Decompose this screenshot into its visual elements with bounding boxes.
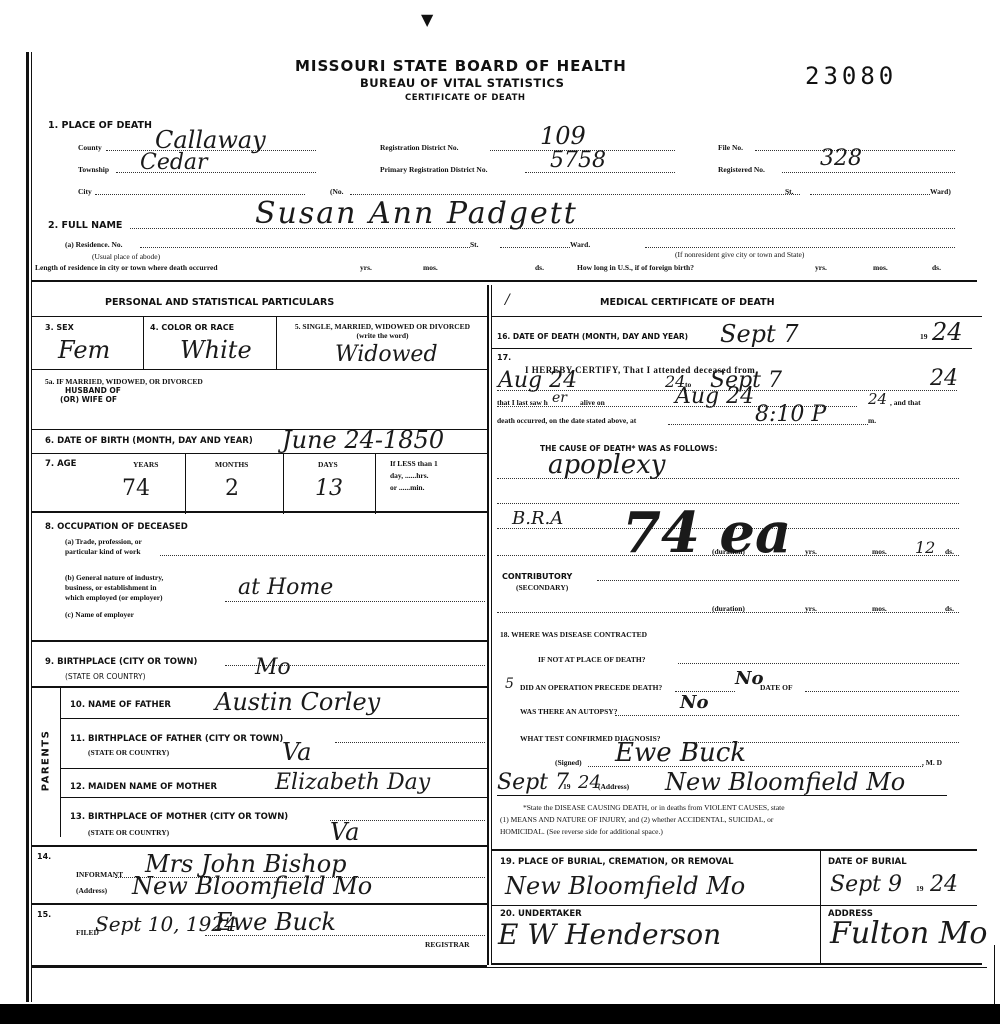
color-divider xyxy=(276,317,277,369)
township-label: Township xyxy=(78,165,109,174)
spouse-label-3: (OR) WIFE OF xyxy=(60,395,117,404)
months-label: MONTHS xyxy=(215,460,248,469)
last-saw-date: Aug 24 xyxy=(675,384,754,409)
burial-date-year: 24 xyxy=(930,872,958,897)
cause-extra: B.R.A xyxy=(512,508,563,529)
spouse-label-1: 5a. IF MARRIED, WIDOWED, OR DIVORCED xyxy=(45,377,203,386)
registered-no-line xyxy=(782,172,955,173)
signed-value: Ewe Buck xyxy=(615,738,746,768)
father-bp-label: 11. BIRTHPLACE OF FATHER (CITY OR TOWN) xyxy=(70,734,283,744)
spouse-label-2: HUSBAND OF xyxy=(65,386,121,395)
no-line xyxy=(350,194,800,195)
autopsy-label: WAS THERE AN AUTOPSY? xyxy=(520,707,617,716)
signed-label: (Signed) xyxy=(555,758,582,767)
duration-mos-2: mos. xyxy=(872,604,887,613)
nonresident-note: (If nonresident give city or town and St… xyxy=(675,250,804,259)
medical-mark: / xyxy=(505,292,510,308)
months-divider xyxy=(283,454,284,514)
contributory-label: CONTRIBUTORY xyxy=(502,572,572,581)
duration-ds-2: ds. xyxy=(945,604,954,613)
months-value: 2 xyxy=(225,476,239,501)
burial-date-label: DATE OF BURIAL xyxy=(828,857,907,867)
medical-title-rule xyxy=(492,316,982,317)
duration-ds-1: ds. xyxy=(945,547,954,556)
us-ds: ds. xyxy=(932,263,941,272)
occ-a-2: particular kind of work xyxy=(65,547,141,556)
burial-rule xyxy=(492,905,977,906)
date-death-year-prefix: 19 xyxy=(920,332,928,341)
date-of-label: DATE OF xyxy=(760,683,793,692)
birthplace-state-label: (STATE OR COUNTRY) xyxy=(65,672,146,681)
residence-st-label: St. xyxy=(470,240,479,249)
color-value: White xyxy=(180,336,252,364)
if-not-place-line xyxy=(678,663,959,664)
burial-year-prefix-text: 19 xyxy=(916,884,924,893)
less-than-day-2: day, ......hrs. xyxy=(390,471,429,480)
informant-address-value: New Bloomfield Mo xyxy=(132,872,372,900)
age-label: 7. AGE xyxy=(45,459,76,469)
date-of-line xyxy=(805,691,959,692)
father-value: Austin Corley xyxy=(215,688,380,716)
us-yrs: yrs. xyxy=(815,263,827,272)
father-bp-line xyxy=(335,742,485,743)
city-label: City xyxy=(78,187,92,196)
sign-year-prefix-text: 19 xyxy=(563,782,571,791)
no-label: (No. xyxy=(330,187,344,196)
contributory-line xyxy=(597,580,959,581)
right-edge xyxy=(994,945,995,1005)
how-long-us-label: How long in U.S., if of foreign birth? xyxy=(577,263,694,272)
residence-city-line xyxy=(645,247,955,248)
occ-b-2: business, or establishment in xyxy=(65,583,157,592)
full-name-value: Susan Ann Padgett xyxy=(255,196,578,231)
date-death-year: 24 xyxy=(932,318,963,346)
reg-district-value: 109 xyxy=(540,122,586,150)
operation-mark: 5 xyxy=(505,676,514,692)
dob-label-text: 6. DATE OF BIRTH (MONTH, DAY AND YEAR) xyxy=(45,436,253,446)
secondary-label: (SECONDARY) xyxy=(516,583,568,592)
father-bp-value: Va xyxy=(282,738,311,766)
occupation-rule xyxy=(32,640,487,642)
personal-title-rule xyxy=(32,316,487,317)
sign-date: Sept 7 xyxy=(497,770,569,795)
parents-side-label: PARENTS xyxy=(40,730,51,792)
operation-label: DID AN OPERATION PRECEDE DEATH? xyxy=(520,683,662,692)
sign-address-value: New Bloomfield Mo xyxy=(665,768,905,796)
mother-bp-label: 13. BIRTHPLACE OF MOTHER (CITY OR TOWN) xyxy=(70,812,288,822)
registrar-value: Ewe Buck xyxy=(215,908,336,936)
occ-b-3: which employed (or employer) xyxy=(65,593,163,602)
last-saw-year: 24 xyxy=(868,390,887,408)
top-marker-icon: ▼ xyxy=(421,12,433,28)
duration-days-value: 12 xyxy=(915,538,935,557)
mother-bp-value: Va xyxy=(330,818,359,846)
length-residence-label: Length of residence in city or town wher… xyxy=(35,263,218,272)
column-divider xyxy=(487,285,489,965)
left-border-inner xyxy=(31,52,32,1002)
burial-address-value: Fulton Mo xyxy=(830,916,988,951)
primary-reg-value: 5758 xyxy=(550,148,606,173)
undertaker-value: E W Henderson xyxy=(498,918,721,951)
top-section-divider xyxy=(32,280,977,282)
document-title: MISSOURI STATE BOARD OF HEALTH xyxy=(295,57,627,75)
burial-place-label: 19. PLACE OF BURIAL, CREMATION, OR REMOV… xyxy=(500,857,734,867)
marital-label: 5. SINGLE, MARRIED, WIDOWED OR DIVORCED … xyxy=(285,322,480,340)
occ-b-value: at Home xyxy=(238,575,333,600)
certify-num: 17. xyxy=(497,353,511,362)
residence-ward-line xyxy=(500,247,570,248)
less-than-day-1: If LESS than 1 xyxy=(390,459,438,468)
occ-a-line xyxy=(160,555,485,556)
burial-divider xyxy=(820,850,821,965)
filed-num: 15. xyxy=(37,910,51,919)
mother-value: Elizabeth Day xyxy=(275,770,430,795)
death-time: 8:10 P xyxy=(755,402,826,427)
if-not-place-label: IF NOT AT PLACE OF DEATH? xyxy=(538,655,645,664)
duration-yrs-2: yrs. xyxy=(805,604,817,613)
age-scrawl: 74 ea xyxy=(622,500,791,566)
dob-value: June 24-1850 xyxy=(282,426,444,454)
footnote-3: HOMICIDAL. (See reverse side for additio… xyxy=(500,827,663,836)
burial-place-value: New Bloomfield Mo xyxy=(505,872,745,900)
county-label: County xyxy=(78,143,102,152)
father-bp-state: (STATE OR COUNTRY) xyxy=(88,748,169,757)
sex-divider xyxy=(143,317,144,369)
color-label: 4. COLOR OR RACE xyxy=(150,323,234,332)
duration-mos-1: mos. xyxy=(872,547,887,556)
occupation-label: 8. OCCUPATION OF DECEASED xyxy=(45,522,188,532)
years-label: YEARS xyxy=(133,460,158,469)
mother-label: 12. MAIDEN NAME OF MOTHER xyxy=(70,782,217,792)
duration-label-1: (duration) xyxy=(712,547,745,556)
date-death-value: Sept 7 xyxy=(720,320,799,348)
informant-address-label: (Address) xyxy=(76,886,107,895)
birthplace-label: 9. BIRTHPLACE (CITY OR TOWN) xyxy=(45,657,197,667)
duration-label-2: (duration) xyxy=(712,604,745,613)
length-mos: mos. xyxy=(423,263,438,272)
last-saw-pronoun: er xyxy=(552,390,567,406)
length-ds: ds. xyxy=(535,263,544,272)
primary-reg-label: Primary Registration District No. xyxy=(380,165,487,174)
death-occurred-text: death occurred, on the date stated above… xyxy=(497,416,636,425)
length-yrs: yrs. xyxy=(360,263,372,272)
m-label: m. xyxy=(868,416,876,425)
left-border xyxy=(26,52,29,1002)
usual-abode-note: (Usual place of abode) xyxy=(92,252,160,261)
registrar-label: REGISTRAR xyxy=(425,940,470,949)
occ-a-1: (a) Trade, profession, or xyxy=(65,537,142,546)
us-mos: mos. xyxy=(873,263,888,272)
full-name-label: 2. FULL NAME xyxy=(48,220,122,231)
mother-rule xyxy=(61,797,487,798)
sex-value: Fem xyxy=(58,336,110,364)
st-label: St. xyxy=(785,187,794,196)
father-rule xyxy=(61,718,487,719)
certificate-number: 23080 xyxy=(805,62,897,90)
burial-date-value: Sept 9 xyxy=(830,872,902,897)
years-value: 74 xyxy=(122,476,150,501)
cause-value: apoplexy xyxy=(548,450,666,480)
ward-line xyxy=(810,194,930,195)
days-label: DAYS xyxy=(318,460,338,469)
parents-rule xyxy=(32,845,487,847)
age-rule xyxy=(32,511,487,513)
residence-line xyxy=(140,247,470,248)
signature-rule xyxy=(497,795,947,796)
sex-label: 3. SEX xyxy=(45,323,74,332)
date-death-rule xyxy=(492,348,972,349)
attended-to-year: 24 xyxy=(930,366,958,391)
medical-section-title: MEDICAL CERTIFICATE OF DEATH xyxy=(600,297,775,308)
father-bp-rule xyxy=(61,768,487,769)
medical-rule xyxy=(492,849,977,851)
row3-rule xyxy=(32,369,487,370)
duration-yrs-1: yrs. xyxy=(805,547,817,556)
parents-divider xyxy=(60,687,61,837)
marital-value: Widowed xyxy=(335,342,438,367)
mother-bp-state: (STATE OR COUNTRY) xyxy=(88,828,169,837)
reg-district-label: Registration District No. xyxy=(380,143,459,152)
father-label: 10. NAME OF FATHER xyxy=(70,700,171,710)
less-than-day-3: or ......min. xyxy=(390,483,424,492)
sign-year-prefix: 19 xyxy=(563,782,571,791)
document-type: CERTIFICATE OF DEATH xyxy=(405,93,526,103)
md-label: , M. D xyxy=(922,758,942,767)
footnote-2: (1) MEANS AND NATURE OF INJURY, and (2) … xyxy=(500,815,773,824)
township-value: Cedar xyxy=(140,150,208,175)
sign-address-label: (Address) xyxy=(598,782,629,791)
scan-bottom-bar xyxy=(0,1004,1000,1024)
column-divider-inner xyxy=(491,285,492,965)
city-line xyxy=(95,194,305,195)
informant-rule xyxy=(32,903,487,905)
file-no-label: File No. xyxy=(718,143,743,152)
bottom-inner-rule xyxy=(32,967,987,968)
footnote-1: *State the DISEASE CAUSING DEATH, or in … xyxy=(523,803,785,812)
place-of-death-label: 1. PLACE OF DEATH xyxy=(48,120,152,131)
autopsy-value: No xyxy=(680,692,708,713)
years-divider xyxy=(185,454,186,514)
days-divider xyxy=(375,454,376,514)
residence-ward-label: Ward. xyxy=(570,240,590,249)
residence-label: (a) Residence. No. xyxy=(65,240,123,249)
informant-num: 14. xyxy=(37,852,51,861)
and-that-label: , and that xyxy=(890,398,921,407)
document-subtitle: BUREAU OF VITAL STATISTICS xyxy=(360,76,564,90)
occ-c: (c) Name of employer xyxy=(65,610,134,619)
ward-label: Ward) xyxy=(930,187,951,196)
burial-year-prefix: 19 xyxy=(916,884,924,893)
registered-no-value: 328 xyxy=(820,146,862,171)
days-value: 13 xyxy=(315,476,343,501)
occ-b-1: (b) General nature of industry, xyxy=(65,573,163,582)
occ-b-line xyxy=(225,601,485,602)
dob-label: 6. DATE OF BIRTH (MONTH, DAY AND YEAR) xyxy=(45,436,253,446)
where-contracted-label: 18. WHERE WAS DISEASE CONTRACTED xyxy=(500,630,647,639)
burial-bottom-rule xyxy=(492,963,982,965)
autopsy-line xyxy=(615,715,959,716)
registered-no-label: Registered No. xyxy=(718,165,765,174)
date-death-label: 16. DATE OF DEATH (MONTH, DAY AND YEAR) xyxy=(497,332,688,341)
birthplace-value: Mo xyxy=(255,655,291,680)
dob-rule xyxy=(32,453,487,454)
personal-section-title: PERSONAL AND STATISTICAL PARTICULARS xyxy=(105,297,334,308)
